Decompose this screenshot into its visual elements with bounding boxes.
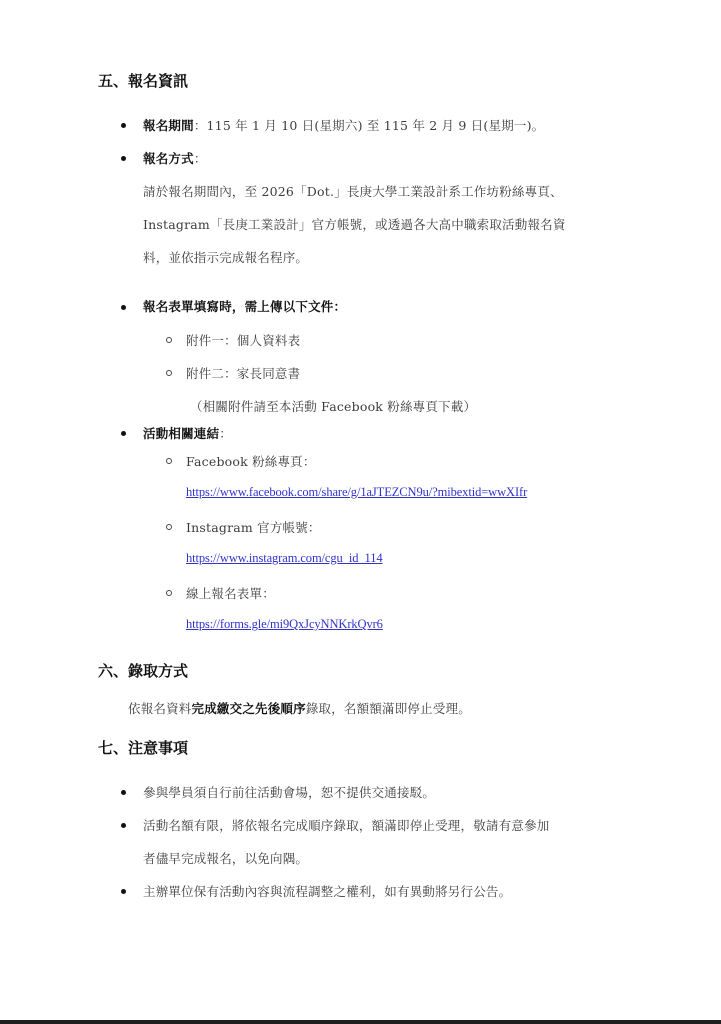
admission-text-emphasis: 完成繳交之先後順序 — [192, 701, 306, 716]
upload-docs-label: 報名表單填寫時，需上傳以下文件： — [143, 297, 346, 315]
bullet-icon — [121, 305, 126, 310]
attachment-note: （相關附件請至本活動 Facebook 粉絲專頁下載） — [190, 397, 476, 415]
colon: ： — [194, 151, 207, 166]
document-page: 五、報名資訊 報名期間：115 年 1 月 10 日(星期六) 至 115 年 … — [0, 0, 721, 1020]
registration-method-line-2: Instagram「長庚工業設計」官方帳號，或透過各大高中職索取活動報名資 — [143, 215, 566, 233]
notice-item-2-line-1: 活動名額有限，將依報名完成順序錄取，額滿即停止受理，敬請有意參加 — [143, 816, 549, 834]
registration-period-label: 報名期間 — [143, 118, 194, 133]
circle-bullet-icon — [166, 524, 172, 530]
circle-bullet-icon — [166, 590, 172, 596]
circle-bullet-icon — [166, 458, 172, 464]
viewer-bottom-edge — [0, 1020, 721, 1024]
bullet-icon — [121, 790, 126, 795]
registration-method-line-1: 請於報名期間內，至 2026「Dot.」長庚大學工業設計系工作坊粉絲專頁、 — [143, 182, 563, 200]
circle-bullet-icon — [166, 337, 172, 343]
colon: ： — [219, 426, 232, 441]
bullet-icon — [121, 431, 126, 436]
section-5-heading: 五、報名資訊 — [98, 70, 188, 91]
section-6-heading: 六、錄取方式 — [98, 660, 188, 681]
bullet-icon — [121, 823, 126, 828]
related-links-label: 活動相關連結 — [143, 426, 219, 441]
facebook-link[interactable]: https://www.facebook.com/share/g/1aJTEZC… — [186, 485, 527, 500]
notice-item-1: 參與學員須自行前往活動會場，恕不提供交通接駁。 — [143, 783, 435, 801]
related-links-label-line: 活動相關連結： — [143, 424, 232, 442]
admission-text-after: 錄取，名額額滿即停止受理。 — [306, 701, 471, 716]
instagram-link[interactable]: https://www.instagram.com/cgu_id_114 — [186, 551, 383, 566]
section-7-heading: 七、注意事項 — [98, 737, 188, 758]
notice-item-2-line-2: 者儘早完成報名，以免向隅。 — [143, 849, 308, 867]
admission-text-before: 依報名資料 — [128, 701, 192, 716]
registration-period: 報名期間：115 年 1 月 10 日(星期六) 至 115 年 2 月 9 日… — [143, 116, 544, 134]
registration-method-label: 報名方式 — [143, 151, 194, 166]
registration-form-link[interactable]: https://forms.gle/mi9QxJcyNNKrkQvr6 — [186, 617, 383, 632]
bullet-icon — [121, 889, 126, 894]
form-link-title: 線上報名表單： — [186, 584, 275, 602]
registration-method-line-3: 料，並依指示完成報名程序。 — [143, 248, 308, 266]
instagram-link-title: Instagram 官方帳號： — [186, 518, 321, 536]
registration-period-value: ：115 年 1 月 10 日(星期六) 至 115 年 2 月 9 日(星期一… — [194, 118, 545, 133]
registration-method-label-line: 報名方式： — [143, 149, 207, 167]
bullet-icon — [121, 156, 126, 161]
admission-method-text: 依報名資料完成繳交之先後順序錄取，名額額滿即停止受理。 — [128, 699, 471, 717]
bullet-icon — [121, 123, 126, 128]
circle-bullet-icon — [166, 370, 172, 376]
attachment-1: 附件一：個人資料表 — [186, 331, 300, 349]
attachment-2: 附件二：家長同意書 — [186, 364, 300, 382]
facebook-link-title: Facebook 粉絲專頁： — [186, 452, 316, 470]
notice-item-3: 主辦單位保有活動內容與流程調整之權利，如有異動將另行公告。 — [143, 882, 511, 900]
